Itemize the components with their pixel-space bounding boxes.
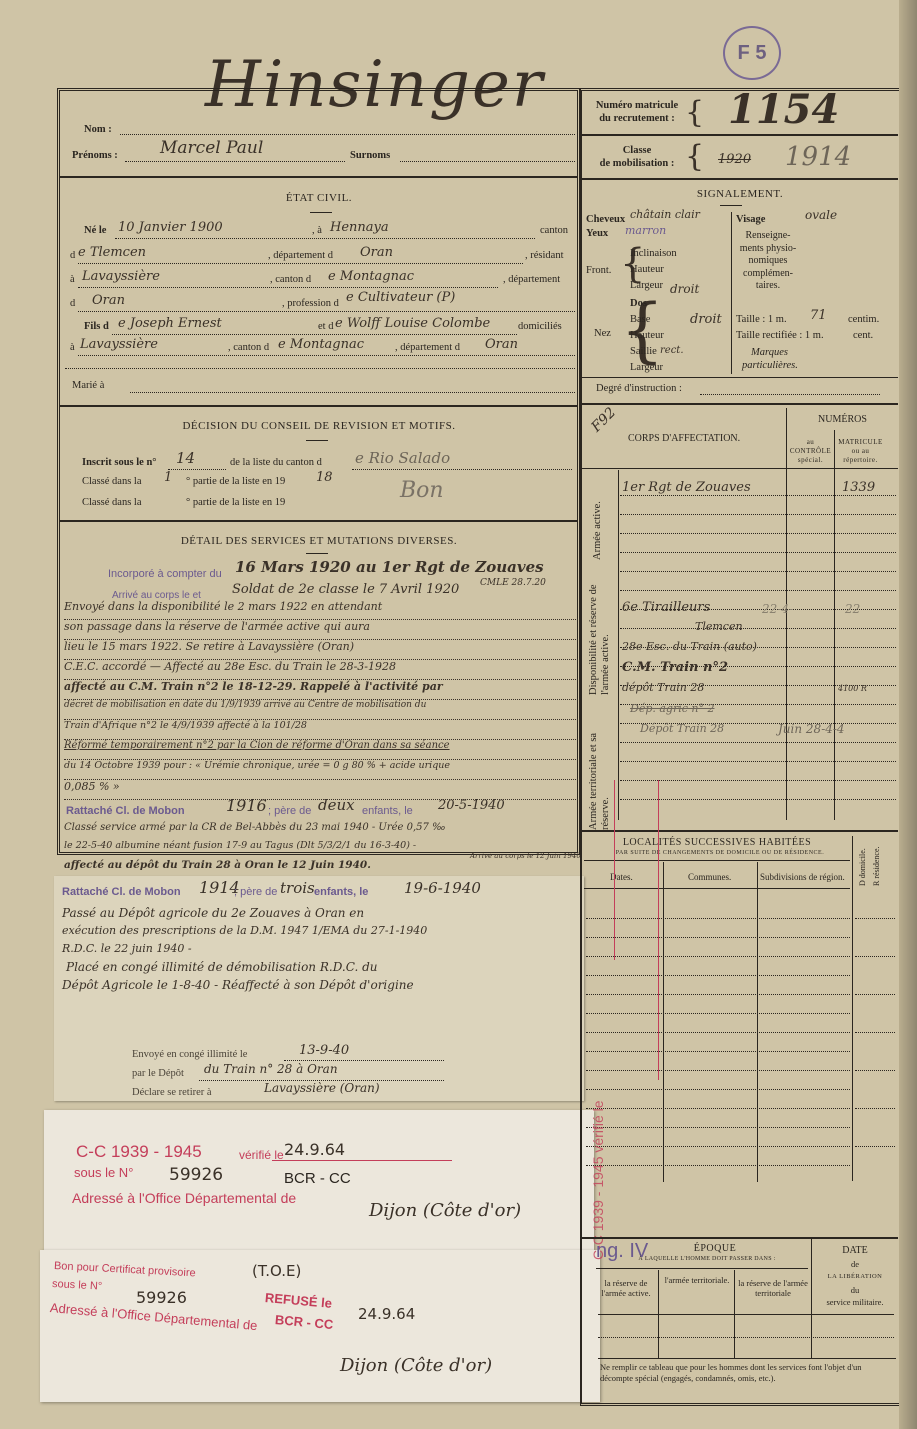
rattache1-stamp: Rattaché Cl. de Mobon bbox=[66, 805, 185, 817]
slip-line: exécution des prescriptions de la D.M. 1… bbox=[62, 924, 427, 937]
service-line: affecté au C.M. Train n°2 le 18-12-29. R… bbox=[64, 680, 576, 700]
envoye-label: Envoyé en congé illimité le bbox=[132, 1049, 247, 1060]
rattache1-enfants-value: deux bbox=[318, 796, 355, 814]
services-title: DÉTAIL DES SERVICES ET MUTATIONS DIVERSE… bbox=[60, 535, 578, 547]
verification-card: C-C 1939 - 1945 vérifié le 24.9.64 sous … bbox=[44, 1110, 594, 1250]
card2-adresse: Adressé à l'Office Départemental de bbox=[72, 1190, 296, 1206]
affectation-row-corps: Tlemcen bbox=[695, 620, 743, 633]
dom-value: Lavayssière bbox=[80, 337, 158, 352]
nom-label: Nom : bbox=[84, 124, 112, 135]
dom-a: à bbox=[70, 342, 75, 353]
decision-note: Bon bbox=[400, 478, 444, 503]
card2-sous-le: sous le N° bbox=[74, 1165, 133, 1180]
military-register-page: F 5 Hinsinger Nom : Prénoms : Marcel Pau… bbox=[0, 0, 917, 1429]
departement-label: , département d bbox=[268, 250, 333, 261]
partie2-label: ° partie de la liste en 19 bbox=[186, 497, 285, 508]
ne-le-value: 10 Janvier 1900 bbox=[118, 220, 223, 235]
departement2-label: , département bbox=[503, 274, 560, 285]
card3-sous-le: sous le N° bbox=[52, 1278, 103, 1293]
slip-line: Placé en congé illimité de démobilisatio… bbox=[66, 960, 378, 974]
prenoms-value: Marcel Paul bbox=[160, 138, 263, 158]
front-label: Front. bbox=[586, 265, 611, 276]
classe-value: 1914 bbox=[785, 142, 851, 172]
section-active: Armée active. bbox=[592, 480, 603, 560]
col-domicile: D domicile. bbox=[858, 836, 867, 886]
profession-label: , profession d bbox=[282, 298, 339, 309]
affectation-row-corps: Dép. agric n° 2 bbox=[630, 702, 714, 715]
card3-bon: Bon pour Certificat provisoire bbox=[54, 1260, 196, 1279]
degre-label: Degré d'instruction : bbox=[596, 383, 682, 394]
affectation-row-matricule: 4100 R bbox=[838, 684, 867, 693]
arrive-value: Soldat de 2e classe le 7 Avril 1920 bbox=[232, 582, 459, 597]
card3-bcr: BCR - CC bbox=[274, 1312, 334, 1332]
cheveux-value: châtain clair bbox=[630, 208, 700, 221]
dom-canton-value: e Montagnac bbox=[278, 337, 364, 352]
service-line: Envoyé dans la disponibilité le 2 mars 1… bbox=[64, 600, 576, 620]
numeros-header: NUMÉROS bbox=[790, 414, 895, 425]
marques-label: Marques particulières. bbox=[742, 346, 797, 372]
canton2-label: , canton d bbox=[270, 274, 311, 285]
taille-unit: centim. bbox=[848, 314, 879, 325]
col-communes: Communes. bbox=[688, 872, 731, 882]
incorpore-stamp: Incorporé à compter du bbox=[108, 568, 222, 580]
card3-toe: (T.O.E) bbox=[252, 1262, 301, 1280]
pere-value: e Joseph Ernest bbox=[118, 316, 222, 331]
nez-hauteur: Hauteur bbox=[630, 330, 664, 341]
partie1-label: ° partie de la liste en 19 bbox=[186, 476, 285, 487]
service-line-2: affecté au dépôt du Train 28 à Oran le 1… bbox=[64, 859, 371, 871]
inscrit-label: Inscrit sous le n° bbox=[82, 457, 157, 468]
liste-label: de la liste du canton d bbox=[230, 457, 322, 468]
epoque-subtitle: À LAQUELLE L'HOMME DOIT PASSER DANS : bbox=[612, 1256, 802, 1262]
classe2-label: Classé dans la bbox=[82, 497, 142, 508]
col-residence: R résidence. bbox=[872, 836, 881, 886]
epoque-col3: la réserve de l'armée territoriale bbox=[736, 1278, 810, 1298]
rattache1-pere: ; père de bbox=[268, 805, 311, 817]
service-line: Réformé temporairement n°2 par la Cion d… bbox=[64, 740, 576, 760]
canton2-value: e Montagnac bbox=[328, 269, 414, 284]
affectation-row-matricule: 22 bbox=[845, 602, 860, 616]
service-line-2: Classé service armé par la CR de Bel-Abb… bbox=[64, 822, 446, 833]
canton-d: d bbox=[70, 250, 75, 261]
card2-verifie-date: 24.9.64 bbox=[284, 1140, 345, 1159]
epoque-col4-4: du bbox=[814, 1285, 896, 1295]
depot-value: du Train n° 28 à Oran bbox=[204, 1062, 338, 1076]
card2-bcr: BCR - CC bbox=[284, 1170, 351, 1187]
a-value: Hennaya bbox=[330, 220, 389, 235]
declare-label: Déclare se retirer à bbox=[132, 1087, 212, 1098]
corps-header: CORPS D'AFFECTATION. bbox=[628, 433, 740, 444]
affectation-row-matricule: 1339 bbox=[842, 480, 875, 495]
service-line: du 14 Octobre 1939 pour : « Urémie chron… bbox=[64, 760, 576, 780]
visage-value: ovale bbox=[805, 208, 837, 222]
section-dispo: Disponibilité et réserve de l'armée acti… bbox=[588, 565, 618, 695]
matricule-value: 1154 bbox=[728, 86, 839, 133]
pasted-slip-1: Rattaché Cl. de Mobon 1914 ; père de tro… bbox=[54, 876, 584, 1101]
affectation-row-corps: 1er Rgt de Zouaves bbox=[622, 480, 751, 495]
profession-value: e Cultivateur (P) bbox=[346, 290, 455, 305]
nez-saillie-value: rect. bbox=[660, 345, 684, 356]
classe1-label: Classé dans la bbox=[82, 476, 142, 487]
card2-cc: C-C 1939 - 1945 bbox=[76, 1142, 202, 1162]
service-line-2-note: Arrivé au corps le 12 Juin 1940 bbox=[470, 852, 581, 860]
affectation-row-corps: C.M. Train n°2 bbox=[622, 660, 728, 675]
dept2-d: d bbox=[70, 298, 75, 309]
card3-refuse: REFUSÉ le bbox=[264, 1290, 332, 1311]
rattache2-enfants: enfants, le bbox=[314, 886, 368, 898]
partie1-year: 18 bbox=[316, 470, 333, 485]
affectation-row-corps: Dépôt Train 28 bbox=[640, 722, 724, 735]
f5-stamp: F 5 bbox=[723, 26, 781, 80]
red-margin-line-2 bbox=[658, 780, 659, 1080]
residant-a: à bbox=[70, 274, 75, 285]
rattache2-pere: ; père de bbox=[234, 886, 277, 898]
affectation-row-corps: 6e Tirailleurs bbox=[622, 600, 710, 615]
surnoms-label: Surnoms bbox=[350, 150, 390, 161]
rattache1-year: 1916 bbox=[226, 796, 267, 815]
nez-value: droit bbox=[690, 312, 722, 327]
signalement-title: SIGNALEMENT. bbox=[582, 188, 898, 200]
yeux-value: marron bbox=[625, 224, 666, 237]
slip-line: Dépôt Agricole le 1-8-40 - Réaffecté à s… bbox=[62, 978, 414, 992]
nez-base: Base bbox=[630, 314, 650, 325]
col-subdivisions: Subdivisions de région. bbox=[760, 872, 845, 882]
epoque-col4-2: de bbox=[814, 1259, 896, 1269]
yeux-label: Yeux bbox=[586, 228, 608, 239]
classe1-value: 1 bbox=[164, 470, 172, 485]
dom-dept-value: Oran bbox=[485, 337, 518, 352]
rattache1-date: 20-5-1940 bbox=[438, 798, 505, 813]
affectation-row-corps: dépôt Train 28 bbox=[622, 681, 704, 694]
nez-largeur: Largeur bbox=[630, 362, 663, 373]
rattache2-date: 19-6-1940 bbox=[404, 879, 481, 897]
taille-label: Taille : 1 m. bbox=[736, 314, 787, 325]
residant-label: , résidant bbox=[525, 250, 564, 261]
affectation-row-controle: 22-4- bbox=[762, 602, 793, 616]
localites-subtitle: PAR SUITE DE CHANGEMENTS DE DOMICILE OU … bbox=[590, 850, 850, 856]
slip-line: Passé au Dépôt agricole du 2e Zouaves à … bbox=[62, 906, 364, 920]
prenoms-label: Prénoms : bbox=[72, 150, 118, 161]
service-line-2: le 22-5-40 albumine néant fusion 17-9 au… bbox=[64, 840, 416, 851]
nez-dos: Dos bbox=[630, 298, 647, 309]
dom-canton-label: , canton d bbox=[228, 342, 269, 353]
etat-civil-title: ÉTAT CIVIL. bbox=[60, 192, 578, 204]
rattache2-enfants-value: trois bbox=[280, 879, 315, 897]
residant-value: Lavayssière bbox=[82, 269, 160, 284]
canton-label: canton bbox=[540, 225, 568, 236]
marie-label: Marié à bbox=[72, 380, 104, 391]
visage-label: Visage bbox=[736, 214, 765, 225]
red-margin-line bbox=[614, 780, 615, 960]
refusal-card: Bon pour Certificat provisoire (T.O.E) s… bbox=[40, 1250, 600, 1402]
epoque-col4-1: DATE bbox=[814, 1245, 896, 1256]
taille-rect-unit: cent. bbox=[853, 330, 873, 341]
services-lines: Envoyé dans la disponibilité le 2 mars 1… bbox=[64, 600, 576, 800]
epoque-col4-5: service militaire. bbox=[814, 1297, 896, 1307]
slip-line: R.D.C. le 22 juin 1940 - bbox=[62, 942, 192, 955]
mere-value: e Wolff Louise Colombe bbox=[335, 316, 490, 331]
service-line: C.E.C. accordé — Affecté au 28e Esc. du … bbox=[64, 660, 576, 680]
rattache1-enfants: enfants, le bbox=[362, 805, 413, 817]
epoque-col4-3: LA LIBÉRATION bbox=[814, 1273, 896, 1280]
epoque-title: ÉPOQUE bbox=[680, 1243, 750, 1254]
departement-value: Oran bbox=[360, 245, 393, 260]
declare-value: Lavayssière (Oran) bbox=[264, 1081, 380, 1095]
affectation-row-corps: 28e Esc. du Train (auto) bbox=[622, 640, 757, 653]
dept2-value: Oran bbox=[92, 293, 125, 308]
nez-saillie: Saillie bbox=[630, 346, 657, 357]
service-line: Train d'Afrique n°2 le 4/9/1939 affecté … bbox=[64, 720, 576, 740]
matricule-label-1: Numéro matricule bbox=[592, 100, 682, 111]
classe-label-1: Classe bbox=[592, 145, 682, 156]
classe-label-2: de mobilisation : bbox=[592, 158, 682, 169]
liste-value: e Rio Salado bbox=[355, 449, 450, 467]
service-line: son passage dans la réserve de l'armée a… bbox=[64, 620, 576, 640]
epoque-col1: la réserve de l'armée active. bbox=[596, 1278, 656, 1298]
taille-rect-label: Taille rectifiée : 1 m. bbox=[736, 330, 824, 341]
card2-office: Dijon (Côte d'or) bbox=[369, 1200, 521, 1221]
ne-le-label: Né le bbox=[84, 225, 106, 236]
epoque-col2: l'armée territoriale. bbox=[664, 1274, 730, 1286]
cheveux-label: Cheveux bbox=[586, 214, 625, 225]
card2-numero: 59926 bbox=[169, 1165, 223, 1185]
service-line: lieu le 15 mars 1922. Se retire à Lavays… bbox=[64, 640, 576, 660]
col-matricule: MATRICULE ou au répertoire. bbox=[838, 438, 883, 465]
epoque-footnote: Ne remplir ce tableau que pour les homme… bbox=[600, 1362, 896, 1384]
inscrit-value: 14 bbox=[176, 449, 195, 467]
arrive-note: CMLE 28.7.20 bbox=[480, 578, 546, 588]
nez-label: Nez bbox=[594, 328, 611, 339]
taille-value: 71 bbox=[810, 308, 827, 323]
service-line: décret de mobilisation en date du 1/9/19… bbox=[64, 700, 576, 720]
front-inclinaison: Inclinaison bbox=[630, 248, 677, 259]
card3-refuse-date: 24.9.64 bbox=[358, 1305, 415, 1323]
canton-value: e Tlemcen bbox=[78, 245, 146, 260]
domicilies-label: domiciliés bbox=[518, 321, 562, 332]
front-value: droit bbox=[670, 282, 699, 296]
affectation-row-controle: Juin 28-4-4 bbox=[778, 722, 845, 736]
decision-title: DÉCISION DU CONSEIL DE REVISION ET MOTIF… bbox=[60, 420, 578, 432]
matricule-label-2: du recrutement : bbox=[592, 113, 682, 124]
envoye-value: 13-9-40 bbox=[299, 1043, 349, 1058]
dom-dept-label: , département d bbox=[395, 342, 460, 353]
a-label: , à bbox=[312, 225, 322, 236]
fils-label: Fils d bbox=[84, 321, 109, 332]
incorpore-value: 16 Mars 1920 au 1er Rgt de Zouaves bbox=[235, 558, 544, 576]
front-hauteur: Hauteur bbox=[630, 264, 664, 275]
card3-office: Dijon (Côte d'or) bbox=[340, 1355, 492, 1376]
depot-label: par le Dépôt bbox=[132, 1068, 184, 1079]
et-de-label: et d bbox=[318, 321, 333, 332]
card3-numero: 59926 bbox=[136, 1288, 187, 1307]
rattache2-stamp: Rattaché Cl. de Mobon bbox=[62, 886, 181, 898]
renseignements-label: Renseigne- ments physio- nomiques complé… bbox=[738, 230, 798, 293]
localites-title: LOCALITÉS SUCCESSIVES HABITÉES bbox=[582, 837, 852, 848]
col-controle: au CONTRÔLE spécial. bbox=[788, 438, 833, 465]
classe-struck: 1920 bbox=[718, 152, 751, 167]
